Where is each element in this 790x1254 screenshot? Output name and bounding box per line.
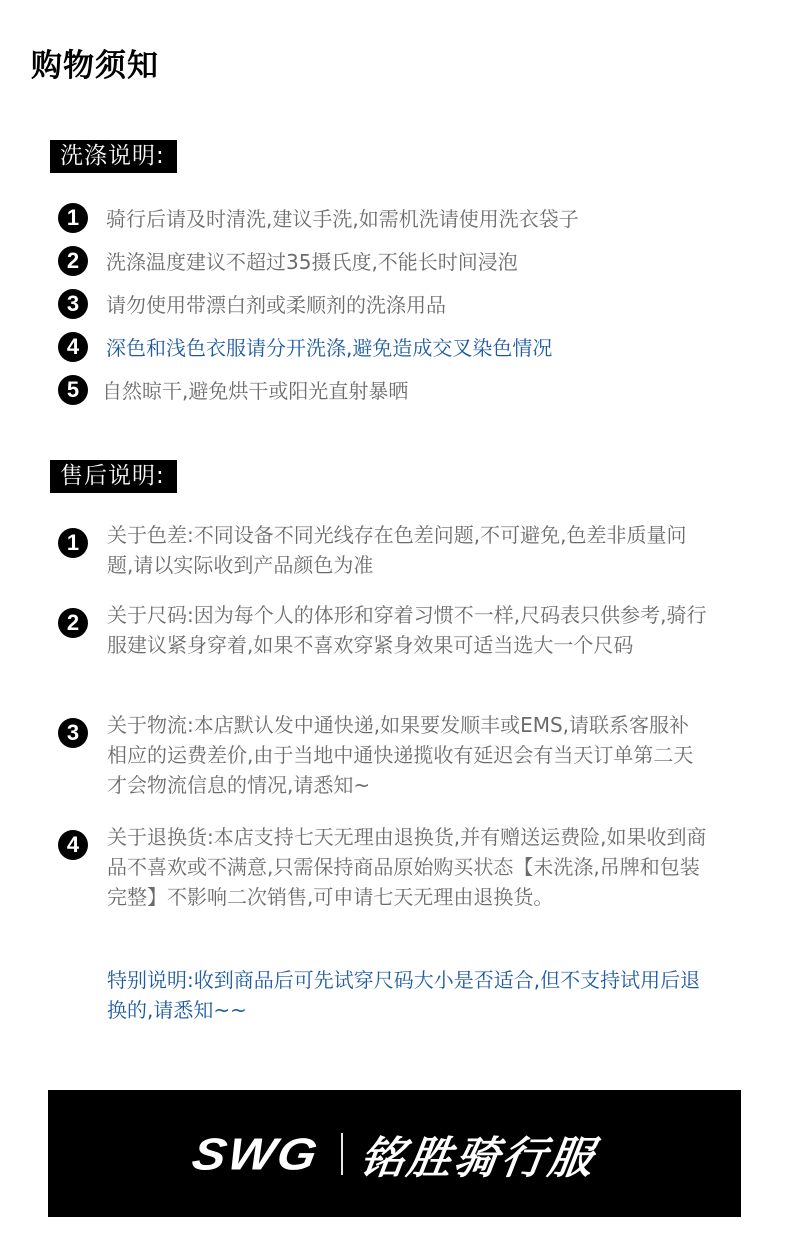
number-4-icon: 4 xyxy=(58,332,88,362)
washing-item-text: 自然晾干,避免烘干或阳光直射暴晒 xyxy=(102,375,408,404)
number-4-icon: 4 xyxy=(58,830,88,860)
after-sales-item: 3 关于物流:本店默认发中通快递,如果要发顺丰或EMS,请联系客服补相应的运费差… xyxy=(58,710,707,800)
washing-item-text-highlighted: 深色和浅色衣服请分开洗涤,避免造成交叉染色情况 xyxy=(106,332,552,361)
washing-item: 1 骑行后请及时清洗,建议手洗,如需机洗请使用洗衣袋子 xyxy=(58,196,758,239)
after-sales-item-text: 关于退换货:本店支持七天无理由退换货,并有赠送运费险,如果收到商品不喜欢或不满意… xyxy=(107,822,707,912)
number-1-icon: 1 xyxy=(58,528,88,558)
washing-item-text: 骑行后请及时清洗,建议手洗,如需机洗请使用洗衣袋子 xyxy=(106,203,579,232)
number-1-icon: 1 xyxy=(58,203,88,233)
brand-banner: SWG 铭胜骑行服 xyxy=(48,1090,741,1217)
after-sales-item: 4 关于退换货:本店支持七天无理由退换货,并有赠送运费险,如果收到商品不喜欢或不… xyxy=(58,822,707,912)
number-5-icon: 5 xyxy=(58,375,88,405)
washing-item: 3 请勿使用带漂白剂或柔顺剂的洗涤用品 xyxy=(58,282,758,325)
washing-item-text: 洗涤温度建议不超过35摄氏度,不能长时间浸泡 xyxy=(106,246,518,275)
washing-item: 5 自然晾干,避免烘干或阳光直射暴晒 xyxy=(58,368,758,411)
after-sales-item-text: 关于尺码:因为每个人的体形和穿着习惯不一样,尺码表只供参考,骑行服建议紧身穿着,… xyxy=(107,600,707,660)
brand-divider xyxy=(341,1133,343,1175)
page-title: 购物须知 xyxy=(31,40,159,85)
number-3-icon: 3 xyxy=(58,289,88,319)
special-note: 特别说明:收到商品后可先试穿尺码大小是否适合,但不支持试用后退换的,请悉知~~ xyxy=(107,965,707,1025)
washing-item: 4 深色和浅色衣服请分开洗涤,避免造成交叉染色情况 xyxy=(58,325,758,368)
number-3-icon: 3 xyxy=(58,718,88,748)
number-2-icon: 2 xyxy=(58,246,88,276)
number-2-icon: 2 xyxy=(58,608,88,638)
brand-name: 铭胜骑行服 xyxy=(356,1122,600,1186)
washing-heading: 洗涤说明: xyxy=(50,140,177,173)
washing-list: 1 骑行后请及时清洗,建议手洗,如需机洗请使用洗衣袋子 2 洗涤温度建议不超过3… xyxy=(58,196,758,411)
washing-item: 2 洗涤温度建议不超过35摄氏度,不能长时间浸泡 xyxy=(58,239,758,282)
after-sales-item-text: 关于色差:不同设备不同光线存在色差问题,不可避免,色差非质量问题,请以实际收到产… xyxy=(107,520,707,580)
brand-logo: SWG xyxy=(189,1127,324,1179)
after-sales-item: 2 关于尺码:因为每个人的体形和穿着习惯不一样,尺码表只供参考,骑行服建议紧身穿… xyxy=(58,600,707,660)
washing-item-text: 请勿使用带漂白剂或柔顺剂的洗涤用品 xyxy=(106,289,446,318)
after-sales-item: 1 关于色差:不同设备不同光线存在色差问题,不可避免,色差非质量问题,请以实际收… xyxy=(58,520,707,580)
after-sales-heading: 售后说明: xyxy=(50,460,177,493)
after-sales-item-text: 关于物流:本店默认发中通快递,如果要发顺丰或EMS,请联系客服补相应的运费差价,… xyxy=(107,710,707,800)
